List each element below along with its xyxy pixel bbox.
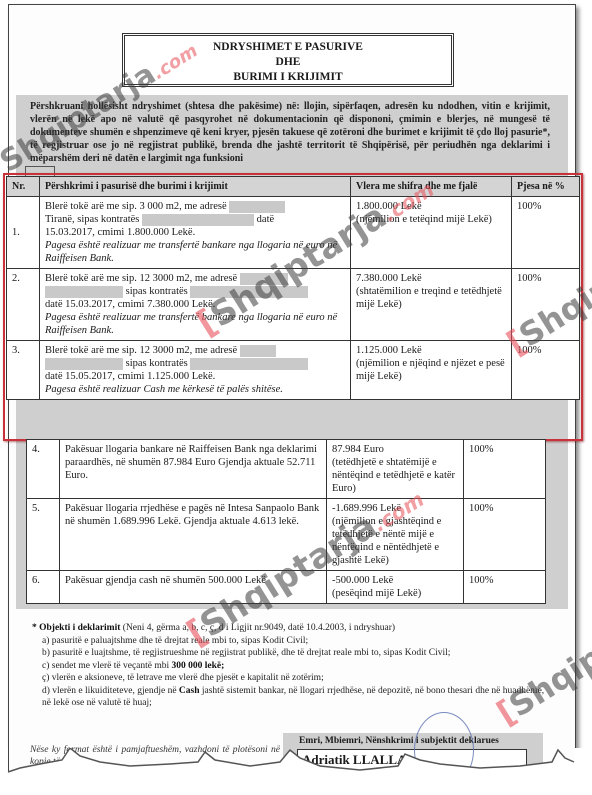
table-row: 2. Blerë tokë arë me sip. 12 3000 m2, me… xyxy=(7,269,580,341)
value-words: (shtatëmilion e treqind e tetëdhjetë mij… xyxy=(356,285,506,311)
value-figure: -500.000 Lekë xyxy=(332,574,458,587)
footnote-heading-rest: (Neni 4, gërma a, b, c, ç, d i Ligjit nr… xyxy=(120,623,395,633)
redacted-block xyxy=(240,273,288,285)
row-value: -1.689.996 Lekë (njëmilion e gjashtëqind… xyxy=(327,499,464,571)
value-words: (tetëdhjetë e shtatëmijë e nëntëqind e t… xyxy=(332,456,458,495)
desc-text: datë xyxy=(257,214,275,225)
value-figure: 7.380.000 Lekë xyxy=(356,272,506,285)
table-row: 1. Blerë tokë arë me sip. 3 000 m2, me a… xyxy=(7,197,580,269)
row-nr: 4. xyxy=(27,440,60,499)
item-d-bold: Cash xyxy=(179,686,200,696)
intro-instructions: Përshkruani hollësisht ndryshimet (shtes… xyxy=(30,100,550,165)
desc-text: Tiranë, sipas kontratës xyxy=(45,214,139,225)
table-row: 5. Pakësuar llogaria rrjedhëse e pagës n… xyxy=(27,499,546,571)
value-words: (pesëqind mijë Lekë) xyxy=(332,587,458,600)
row-nr: 2. xyxy=(7,269,40,341)
desc-text: sipas kontratës xyxy=(126,286,188,297)
value-words: (njëmilion e tetëqind mijë Lekë) xyxy=(356,213,506,226)
row-value: 1.125.000 Lekë (njëmilion e njëqind e nj… xyxy=(351,341,512,400)
row-value: -500.000 Lekë (pesëqind mijë Lekë) xyxy=(327,571,464,604)
payment-note: Pagesa është realizuar me transfertë ban… xyxy=(45,240,337,264)
redacted-block xyxy=(45,286,123,298)
row-value: 7.380.000 Lekë (shtatëmilion e treqind e… xyxy=(351,269,512,341)
desc-text: 15.03.2017, cmimi 1.800.000 Lekë. xyxy=(45,227,195,238)
item-c-text: c) sendet me vlerë të veçantë mbi xyxy=(42,661,172,671)
row-nr: 1. xyxy=(7,197,40,269)
redacted-block xyxy=(190,286,308,298)
row-description: Blerë tokë arë me sip. 12 3000 m2, me ad… xyxy=(40,341,351,400)
row-description: Pakësuar llogaria rrjedhëse e pagës në I… xyxy=(60,499,327,571)
row-description: Blerë tokë arë me sip. 3 000 m2, me adre… xyxy=(40,197,351,269)
redacted-block xyxy=(190,358,308,370)
assets-table-highlighted: Nr. Përshkrimi i pasurisë dhe burimi i k… xyxy=(6,176,580,400)
redacted-block xyxy=(142,214,254,226)
title-line-2: DHE xyxy=(125,55,451,70)
header-share: Pjesa në % xyxy=(512,177,580,197)
row-share: 100% xyxy=(512,269,580,341)
value-figure: 87.984 Euro xyxy=(332,443,458,456)
row-description: Pakësuar gjendja cash në shumën 500.000 … xyxy=(60,571,327,604)
row-value: 1.800.000 Lekë (njëmilion e tetëqind mij… xyxy=(351,197,512,269)
desc-text: sipas kontratës xyxy=(126,358,188,369)
value-words: (njëmilion e gjashtëqind e tetëdhjetë e … xyxy=(332,515,458,567)
row-share: 100% xyxy=(464,571,546,604)
header-value: Vlera me shifra dhe me fjalë xyxy=(351,177,512,197)
header-nr: Nr. xyxy=(7,177,40,197)
value-figure: 1.125.000 Lekë xyxy=(356,344,506,357)
desc-text: Blerë tokë arë me sip. 12 3000 m2, me ad… xyxy=(45,273,237,284)
desc-text: datë 15.03.2017, cmimi 7.380.000 Lekë. xyxy=(45,299,215,310)
row-description: Pakësuar llogaria bankare në Raiffeisen … xyxy=(60,440,327,499)
title-line-1: NDRYSHIMET E PASURIVE xyxy=(125,40,451,55)
redacted-block xyxy=(45,358,123,370)
value-figure: 1.800.000 Lekë xyxy=(356,200,506,213)
desc-text: Blerë tokë arë me sip. 12 3000 m2, me ad… xyxy=(45,345,237,356)
desc-text: Blerë tokë arë me sip. 3 000 m2, me adre… xyxy=(45,201,227,212)
torn-paper-edge xyxy=(0,748,592,795)
row-share: 100% xyxy=(512,341,580,400)
document-title: NDRYSHIMET E PASURIVE DHE BURIMI I KRIJI… xyxy=(122,33,454,87)
footnote-item-a: a) pasuritë e paluajtshme dhe të drejtat… xyxy=(32,635,552,648)
row-nr: 6. xyxy=(27,571,60,604)
row-nr: 3. xyxy=(7,341,40,400)
footnote-item-cc: ç) vlerën e aksioneve, të letrave me vle… xyxy=(32,672,552,685)
footnote-heading-bold: * Objekti i deklarimit xyxy=(32,623,120,633)
payment-note: Pagesa është realizuar me transfertë ban… xyxy=(45,312,337,336)
footnote-item-c: c) sendet me vlerë të veçantë mbi 300 00… xyxy=(32,660,552,673)
item-c-bold: 300 000 lekë; xyxy=(172,661,225,671)
item-d-text: d) vlerën e likuiditeteve, gjendje në xyxy=(42,686,179,696)
header-description: Përshkrimi i pasurisë dhe burimi i kriji… xyxy=(40,177,351,197)
footnote-item-b: b) pasuritë e luajtshme, të regjistruesh… xyxy=(32,647,552,660)
redacted-block xyxy=(240,345,276,357)
table-row: 4. Pakësuar llogaria bankare në Raiffeis… xyxy=(27,440,546,499)
signature-label: Emri, Mbiemri, Nënshkrimi i subjektit de… xyxy=(283,733,543,746)
table-row: 3. Blerë tokë arë me sip. 12 3000 m2, me… xyxy=(7,341,580,400)
row-nr: 5. xyxy=(27,499,60,571)
payment-note: Pagesa është realizuar Cash me kërkesë t… xyxy=(45,384,283,395)
redacted-block xyxy=(229,201,285,213)
footnote-heading: * Objekti i deklarimit (Neni 4, gërma a,… xyxy=(32,622,552,635)
footnote-item-d: d) vlerën e likuiditeteve, gjendje në Ca… xyxy=(32,685,552,710)
row-description: Blerë tokë arë me sip. 12 3000 m2, me ad… xyxy=(40,269,351,341)
footnote-section: * Objekti i deklarimit (Neni 4, gërma a,… xyxy=(32,622,552,710)
row-share: 100% xyxy=(464,499,546,571)
table-row: 6. Pakësuar gjendja cash në shumën 500.0… xyxy=(27,571,546,604)
row-value: 87.984 Euro (tetëdhjetë e shtatëmijë e n… xyxy=(327,440,464,499)
table-header-row: Nr. Përshkrimi i pasurisë dhe burimi i k… xyxy=(7,177,580,197)
value-words: (njëmilion e njëqind e njëzet e pesë mij… xyxy=(356,357,506,383)
value-figure: -1.689.996 Lekë xyxy=(332,502,458,515)
assets-table-continued: 4. Pakësuar llogaria bankare në Raiffeis… xyxy=(26,439,546,604)
row-share: 100% xyxy=(464,440,546,499)
desc-text: datë 15.05.2017, cmimi 1.125.000 Lekë. xyxy=(45,371,215,382)
row-share: 100% xyxy=(512,197,580,269)
title-line-3: BURIMI I KRIJIMIT xyxy=(125,70,451,85)
